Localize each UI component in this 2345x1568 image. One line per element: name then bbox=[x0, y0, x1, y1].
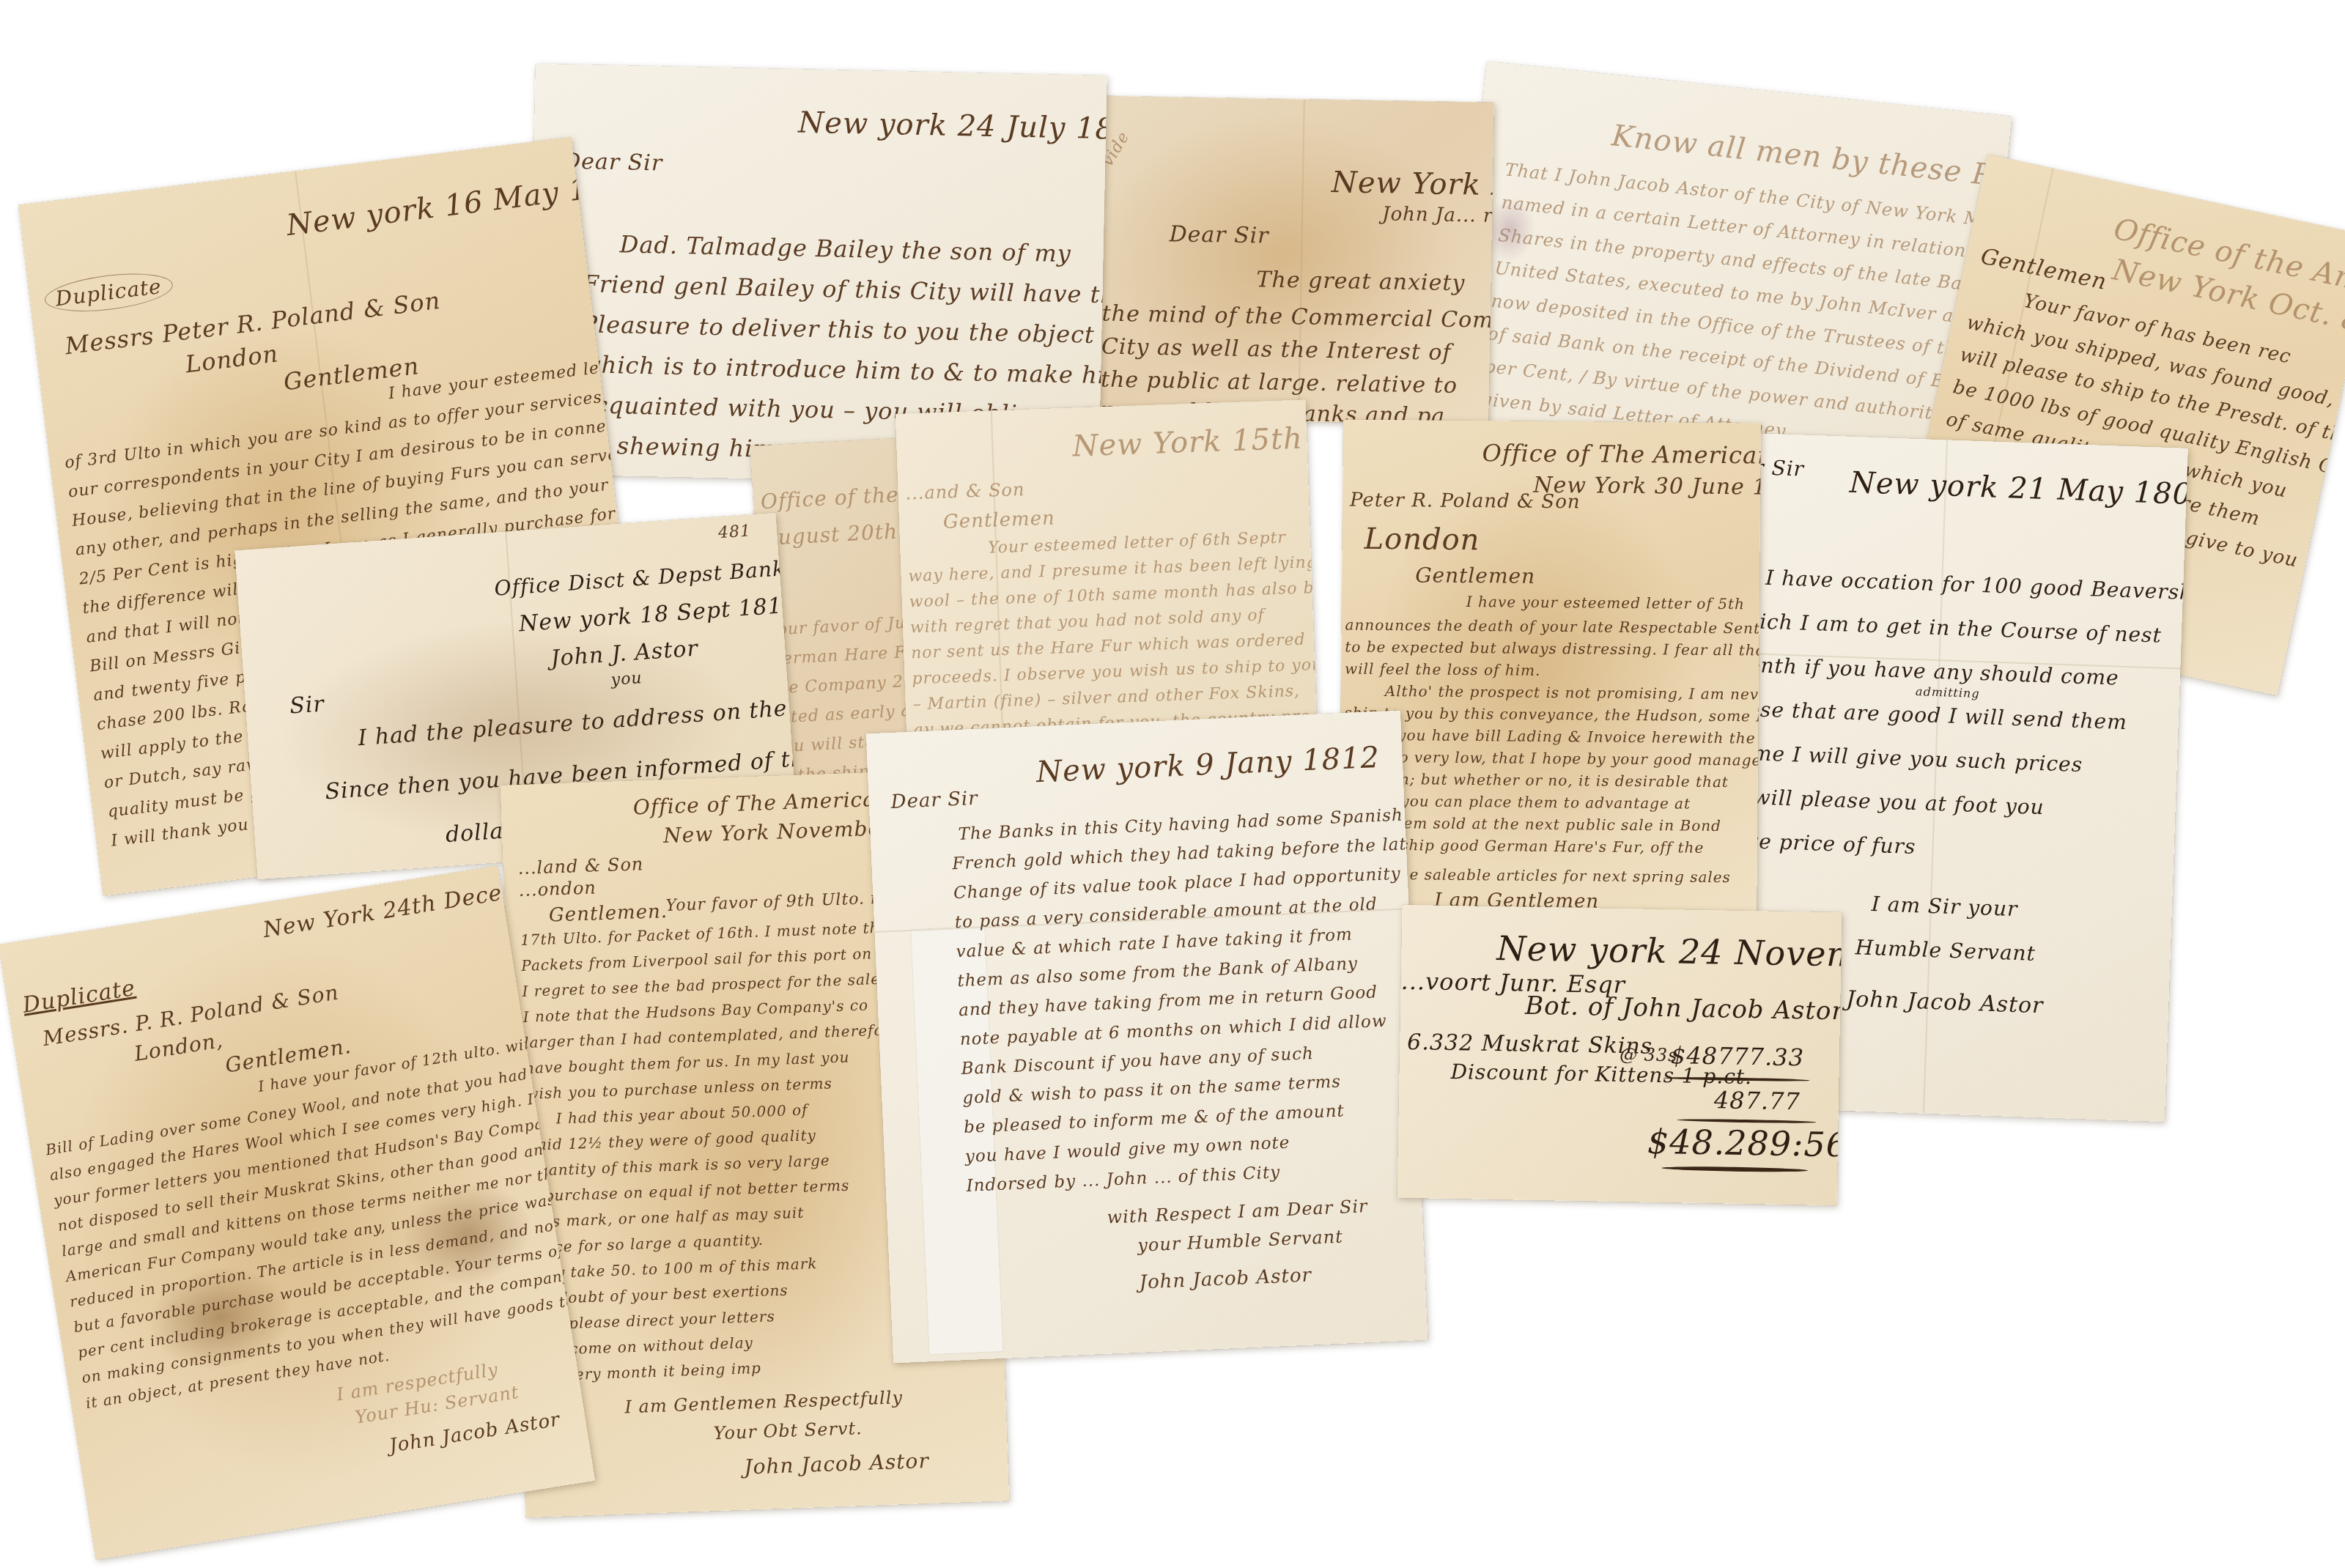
doc-text: gold & wish to pass it on the same terms bbox=[962, 1073, 1342, 1109]
date-line: New york 18 Sept 1817 bbox=[518, 592, 798, 637]
doc-text: I have your esteemed letter of 5th bbox=[1466, 593, 1745, 613]
doc-text: price so very low, that I hope by your g… bbox=[1344, 748, 1761, 769]
doc-text: which you have bill Lading & Invoice her… bbox=[1344, 726, 1761, 748]
item-description: Discount for Kittens 1 p.ct. bbox=[1450, 1059, 1752, 1089]
doc-text: to me I will give you such prices bbox=[1722, 740, 2083, 777]
salutation: Gentlemen bbox=[942, 507, 1055, 533]
doc-text: the mind of the Commercial Com bbox=[1101, 301, 1493, 333]
duplicate-annotation: Duplicate bbox=[21, 975, 137, 1018]
addressee: ...and & Son bbox=[905, 479, 1025, 504]
doc-text: I had this year about 50.000 of bbox=[555, 1101, 808, 1127]
receipt-total: $48.289:56 bbox=[1647, 1122, 1842, 1165]
bought-of: Bot. of John Jacob Astor & Son bbox=[1525, 991, 1842, 1028]
doc-text: I regret to see the bad prospect for the… bbox=[522, 969, 901, 1000]
document-letter-1827-nov15: New York 15th Novemr 1827 ...and & Son G… bbox=[895, 399, 1318, 765]
doc-text: paid 12½ they were of good quality bbox=[527, 1126, 816, 1154]
doc-text: Indorsed by ... John ... of this City bbox=[966, 1163, 1281, 1196]
doc-text: price for so large a quantity. bbox=[531, 1231, 764, 1257]
date-line: New York 27 bbox=[1331, 166, 1493, 203]
doc-text: a purchase on equal if not better terms bbox=[529, 1177, 850, 1205]
salutation: Gentlemen. bbox=[548, 901, 668, 927]
doc-text: Dad. Talmadge Bailey the son of my bbox=[619, 230, 1071, 267]
closing: I am Sir your bbox=[1871, 892, 2018, 921]
place: ...ondon bbox=[518, 877, 597, 901]
doc-text: which I am to get in the Course of nest bbox=[1727, 608, 2163, 648]
total-rule bbox=[1661, 1166, 1808, 1172]
doc-text: Bank Discount if you have any of such bbox=[961, 1044, 1314, 1079]
doc-text: the public at large. relative to bbox=[1101, 367, 1458, 399]
date-line: New york 9 Jany 1812 bbox=[1035, 741, 1381, 789]
closing: your Humble Servant bbox=[1137, 1227, 1344, 1256]
closing: Humble Servant bbox=[1855, 935, 2036, 966]
doc-text: to be expected but always distressing. I… bbox=[1345, 638, 1761, 660]
date-line: New york 21 May 1807 bbox=[1849, 466, 2188, 512]
doc-text: ship to you by this conveyance, the Huds… bbox=[1344, 704, 1761, 726]
addressee: ...land & Son bbox=[517, 854, 644, 879]
doc-text: announces the death of your late Respect… bbox=[1345, 616, 1762, 638]
header-note: John Ja... relative ... Speci... bbox=[1382, 203, 1494, 230]
salutation: Dear Sir bbox=[1169, 221, 1269, 248]
doc-text: which is to introduce him to & to make h… bbox=[580, 350, 1107, 390]
closing: I am Gentlemen Respectfully bbox=[624, 1387, 903, 1417]
doc-text: The great anxiety bbox=[1256, 267, 1465, 296]
letterhead: Office of The American Fur Company bbox=[1482, 439, 1762, 471]
page-number: 481 bbox=[717, 522, 752, 542]
duplicate-annotation: Duplicate bbox=[43, 267, 174, 317]
signature: John Jacob Astor bbox=[1139, 1265, 1312, 1294]
doc-text: this mark, or one half as may suit bbox=[530, 1204, 805, 1231]
document-letter-1827-dec24: New York 24th December 1827 Duplicate Me… bbox=[0, 865, 595, 1559]
document-receipt-1823: New york 24 November 1823 ...voort Junr.… bbox=[1397, 905, 1842, 1205]
document-collection: Know all men by these Presents That I Jo… bbox=[0, 0, 2345, 1568]
doc-text: larger than I had contemplated, and ther… bbox=[524, 1021, 901, 1051]
doc-text: I note that the Hudsons Bay Company's co bbox=[522, 996, 868, 1025]
item-amount: 487.77 bbox=[1714, 1086, 1801, 1115]
doc-text: Altho' the prospect is not promising, I … bbox=[1385, 682, 1761, 703]
date-line: New york 24 July 1818 bbox=[798, 106, 1107, 147]
addressee: John J. Astor bbox=[550, 636, 699, 672]
salutation: Gentlemen bbox=[1979, 243, 2109, 295]
doc-text: as will please you at foot you bbox=[1721, 784, 2045, 819]
doc-text: may take 50. to 100 m of this mark bbox=[532, 1254, 818, 1282]
doc-text: will feel the loss of him. bbox=[1345, 660, 1541, 679]
doc-text: you bbox=[610, 669, 643, 689]
date-line: New York 15th Novemr 1827 bbox=[1072, 414, 1318, 463]
doc-text: Your esteemed letter of 6th Septr bbox=[988, 528, 1286, 557]
interlinear-note: admitting bbox=[1916, 684, 1980, 700]
doc-text: quantity of this mark is so very large bbox=[528, 1151, 830, 1179]
repair-tape bbox=[911, 927, 1002, 1355]
doc-text: those that are good I will send them bbox=[1724, 696, 2128, 734]
document-letter-1812-jan: New york 9 Jany 1812 Dear Sir The Banks … bbox=[866, 710, 1428, 1363]
doc-text: I had the pleasure to address on the 15t… bbox=[357, 691, 799, 751]
doc-text: them as also some from the Bank of Alban… bbox=[957, 954, 1359, 991]
doc-text: value & at which rate I have taking it f… bbox=[956, 925, 1353, 962]
salutation: Sir bbox=[289, 691, 325, 719]
doc-text: Friend genl Bailey of this City will hav… bbox=[582, 270, 1107, 309]
signature: John Jacob Astor bbox=[1846, 986, 2044, 1018]
closing: with Respect I am Dear Sir bbox=[1107, 1196, 1368, 1228]
place: London bbox=[184, 339, 280, 378]
salutation: Gentlemen bbox=[1415, 563, 1535, 588]
doc-text: with regret that you had not sold any of bbox=[910, 607, 1266, 637]
doc-text: no doubt of your best exertions bbox=[533, 1282, 789, 1308]
addressee: Peter R. Poland & Son bbox=[1350, 489, 1581, 514]
document-letter-new-york-27: vide New York 27 John Ja... relative ...… bbox=[1078, 95, 1494, 425]
salutation: Dear Sir bbox=[890, 788, 978, 813]
doc-header: Office Disct & Depst Bank U.S. bbox=[494, 552, 799, 601]
doc-text: City as well as the Interest of bbox=[1101, 334, 1452, 366]
doc-text: Pleasure to deliver this to you the obje… bbox=[581, 310, 1107, 350]
doc-text: you have I would give my own note bbox=[964, 1134, 1290, 1166]
doc-text: I have occation for 100 good Beaverskins bbox=[1765, 566, 2188, 606]
closing: Your Obt Servt. bbox=[713, 1418, 863, 1443]
salutation: Dear Sir bbox=[563, 149, 663, 177]
doc-text: note payable at 6 months on which I did … bbox=[959, 1012, 1387, 1049]
place: London bbox=[1364, 522, 1480, 557]
doc-text: be pleased to inform me & of the amount bbox=[964, 1101, 1345, 1137]
doc-text: Your favor of 9th Ulto. is bbox=[665, 890, 886, 915]
doc-text: wish you to purchase unless on terms bbox=[525, 1074, 832, 1103]
doc-text: have bought them for us. In my last you bbox=[525, 1048, 850, 1076]
item-description: 6.332 Muskrat Skins bbox=[1407, 1029, 1652, 1059]
signature: John Jacob Astor bbox=[744, 1449, 929, 1479]
